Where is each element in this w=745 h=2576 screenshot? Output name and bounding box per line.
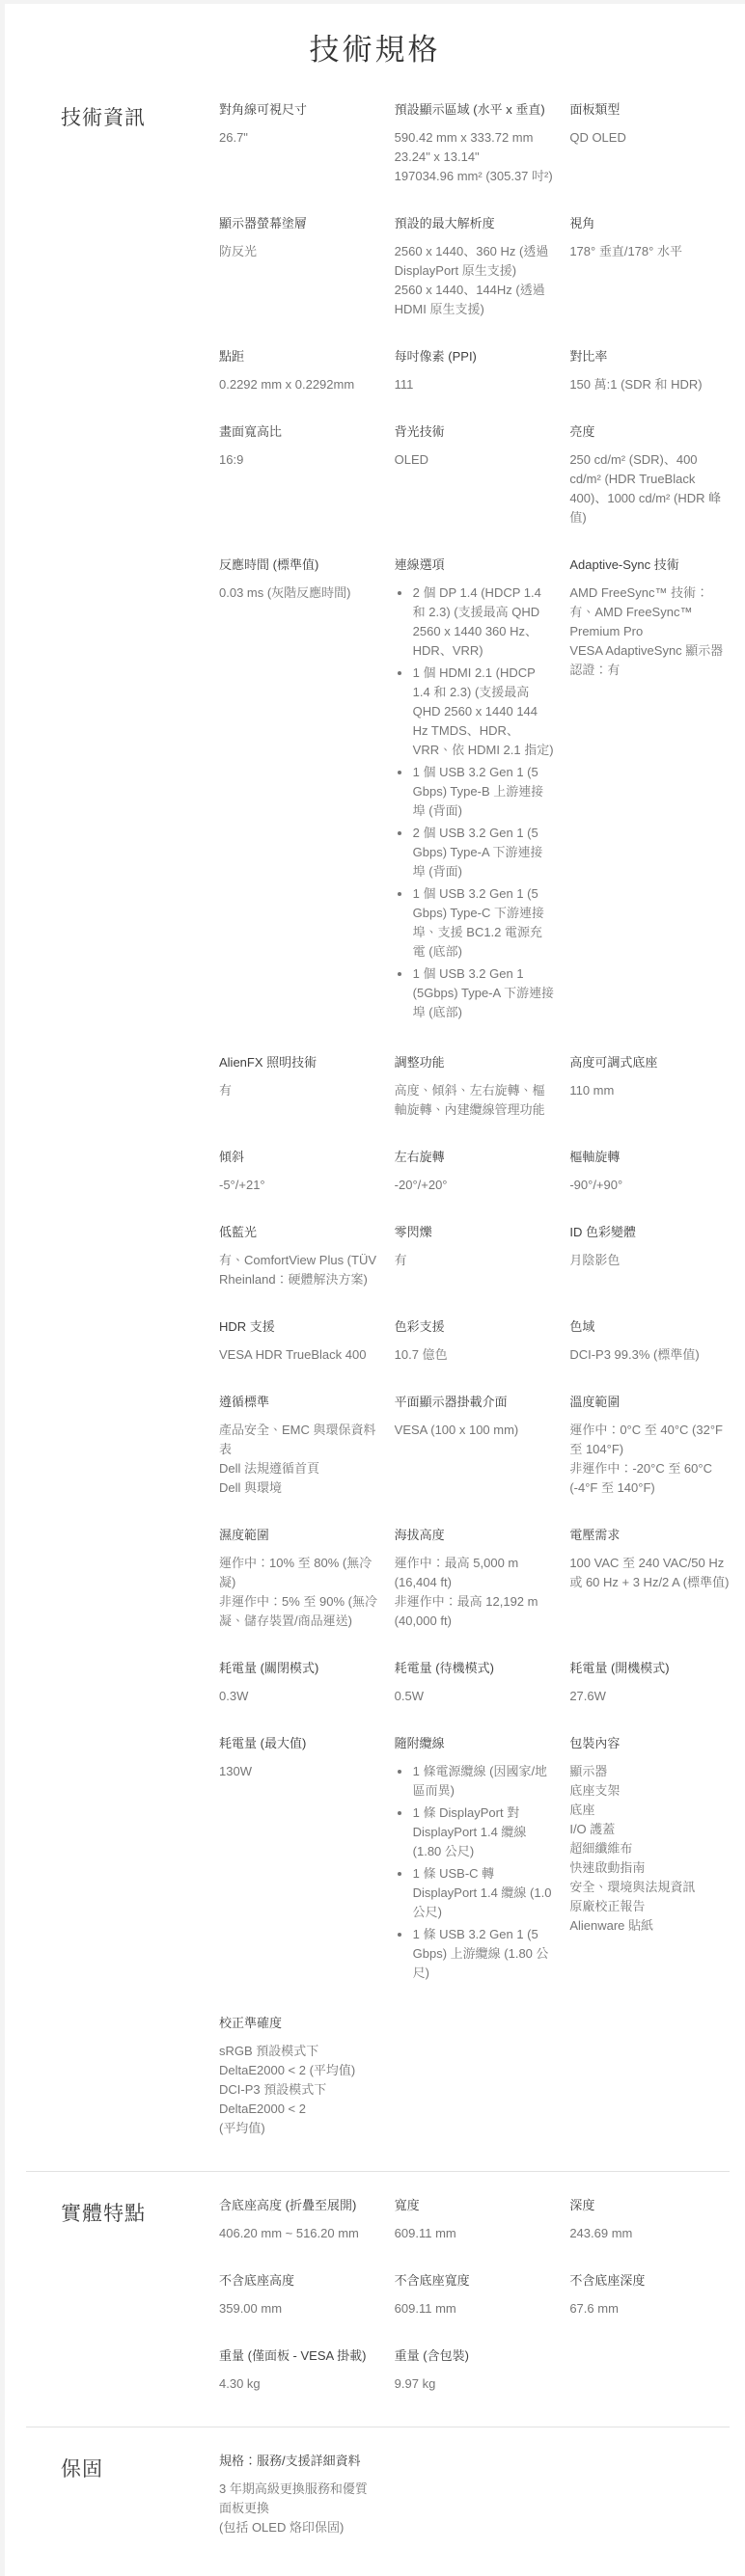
spec-cell: 色彩支援10.7 億色 [395, 1318, 555, 1365]
spec-label: 樞軸旋轉 [569, 1149, 730, 1166]
spec-label: 背光技術 [395, 423, 555, 441]
spec-cell: 背光技術OLED [395, 423, 555, 528]
spec-label: 畫面寬高比 [219, 423, 379, 441]
spec-label: 調整功能 [395, 1054, 555, 1071]
spec-value: 178° 垂直/178° 水平 [569, 242, 730, 261]
spec-value: VESA (100 x 100 mm) [395, 1421, 555, 1440]
spec-value: 250 cd/m² (SDR)、400 cd/m² (HDR TrueBlack… [569, 450, 730, 528]
spec-label: 包裝內容 [569, 1735, 730, 1752]
spec-cell: ID 色彩變體月陰影色 [569, 1224, 730, 1289]
spec-label: 不含底座高度 [219, 2272, 379, 2290]
spec-value: 10.7 億色 [395, 1345, 555, 1365]
spec-value: 609.11 mm [395, 2224, 555, 2243]
spec-value: 26.7" [219, 128, 379, 148]
spec-label: 隨附纜線 [395, 1735, 555, 1752]
spec-cell: AlienFX 照明技術有 [219, 1054, 379, 1120]
spec-value: -90°/+90° [569, 1176, 730, 1195]
spec-value: 609.11 mm [395, 2299, 555, 2318]
spec-value: 130W [219, 1762, 379, 1781]
spec-label: 每吋像素 (PPI) [395, 348, 555, 366]
spec-value: -20°/+20° [395, 1176, 555, 1195]
spec-value: 防反光 [219, 242, 379, 261]
spec-cell: 電壓需求100 VAC 至 240 VAC/50 Hz 或 60 Hz + 3 … [569, 1527, 730, 1631]
spec-cell: 點距0.2292 mm x 0.2292mm [219, 348, 379, 394]
section-divider [26, 2171, 730, 2172]
spec-value: DCI-P3 99.3% (標準值) [569, 1345, 730, 1365]
spec-label: 視角 [569, 215, 730, 232]
spec-cell: 重量 (僅面板 - VESA 掛載)4.30 kg [219, 2347, 379, 2394]
spec-value: 0.5W [395, 1687, 555, 1706]
spec-value: 0.03 ms (灰階反應時間) [219, 583, 379, 603]
spec-label: 預設的最大解析度 [395, 215, 555, 232]
page-title: 技術規格 [5, 25, 745, 68]
spec-label: 色域 [569, 1318, 730, 1336]
spec-label: 亮度 [569, 423, 730, 441]
spec-cell: 耗電量 (開機模式)27.6W [569, 1660, 730, 1706]
section-content-warranty: 規格：服務/支援詳細資料3 年期高級更換服務和優質面板更換 (包括 OLED 烙… [219, 2453, 730, 2537]
spec-label: 低藍光 [219, 1224, 379, 1241]
spec-cell: 耗電量 (待機模式)0.5W [395, 1660, 555, 1706]
spec-value: 16:9 [219, 450, 379, 470]
spec-value: 月陰影色 [569, 1251, 730, 1270]
spec-label: 高度可調式底座 [569, 1054, 730, 1071]
spec-value: VESA HDR TrueBlack 400 [219, 1345, 379, 1365]
spec-value: 0.3W [219, 1687, 379, 1706]
spec-cell: 預設顯示區域 (水平 x 垂直)590.42 mm x 333.72 mm 23… [395, 101, 555, 186]
spec-list-item: 1 個 HDMI 2.1 (HDCP 1.4 和 2.3) (支援最高 QHD … [412, 664, 555, 760]
spec-cell: 含底座高度 (折疊至展開)406.20 mm ~ 516.20 mm [219, 2197, 379, 2243]
spec-label: 耗電量 (關閉模式) [219, 1660, 379, 1677]
spec-value: 有、ComfortView Plus (TÜV Rheinland：硬體解決方案… [219, 1251, 379, 1289]
spec-value: 運作中：0°C 至 40°C (32°F 至 104°F) 非運作中：-20°C… [569, 1421, 730, 1498]
spec-cell: 平面顯示器掛載介面VESA (100 x 100 mm) [395, 1394, 555, 1498]
spec-cell: 面板類型QD OLED [569, 101, 730, 186]
spec-label: 含底座高度 (折疊至展開) [219, 2197, 379, 2214]
section-physical-features: 實體特點 含底座高度 (折疊至展開)406.20 mm ~ 516.20 mm寬… [5, 2197, 745, 2394]
spec-list-item: 1 個 USB 3.2 Gen 1 (5 Gbps) Type-C 下游連接埠、… [412, 884, 555, 962]
spec-value: 有 [395, 1251, 555, 1270]
spec-cell: HDR 支援VESA HDR TrueBlack 400 [219, 1318, 379, 1365]
spec-value: QD OLED [569, 128, 730, 148]
spec-value: AMD FreeSync™ 技術：有、AMD FreeSync™ Premium… [569, 583, 730, 680]
spec-list-item: 1 條 DisplayPort 對 DisplayPort 1.4 纜線 (1.… [412, 1803, 555, 1861]
spec-value: 2560 x 1440、360 Hz (透過 DisplayPort 原生支援)… [395, 242, 555, 319]
spec-label: 耗電量 (待機模式) [395, 1660, 555, 1677]
spec-label: 色彩支援 [395, 1318, 555, 1336]
spec-cell: 耗電量 (關閉模式)0.3W [219, 1660, 379, 1706]
spec-cell: 溫度範圍運作中：0°C 至 40°C (32°F 至 104°F) 非運作中：-… [569, 1394, 730, 1498]
spec-value: OLED [395, 450, 555, 470]
spec-value: 3 年期高級更換服務和優質面板更換 (包括 OLED 烙印保固) [219, 2480, 379, 2537]
spec-cell: 傾斜-5°/+21° [219, 1149, 379, 1195]
spec-value: 111 [395, 375, 555, 394]
section-content-tech-info: 對角線可視尺寸26.7"預設顯示區域 (水平 x 垂直)590.42 mm x … [219, 101, 730, 2138]
spec-cell: 校正準確度sRGB 預設模式下 DeltaE2000 < 2 (平均值) DCI… [219, 2015, 379, 2138]
spec-cell: 隨附纜線1 條電源纜線 (因國家/地區而異)1 條 DisplayPort 對 … [395, 1735, 555, 1986]
spec-value: 150 萬:1 (SDR 和 HDR) [569, 375, 730, 394]
spec-label: 面板類型 [569, 101, 730, 119]
spec-label: 不含底座寬度 [395, 2272, 555, 2290]
spec-cell: 亮度250 cd/m² (SDR)、400 cd/m² (HDR TrueBla… [569, 423, 730, 528]
spec-cell: 畫面寬高比16:9 [219, 423, 379, 528]
section-title-warranty: 保固 [61, 2453, 219, 2482]
spec-value: 9.97 kg [395, 2374, 555, 2394]
spec-value: 運作中：最高 5,000 m (16,404 ft) 非運作中：最高 12,19… [395, 1554, 555, 1631]
spec-label: 濕度範圍 [219, 1527, 379, 1544]
section-title-tech-info: 技術資訊 [61, 101, 219, 131]
spec-label: ID 色彩變體 [569, 1224, 730, 1241]
spec-cell: 對角線可視尺寸26.7" [219, 101, 379, 186]
spec-list: 2 個 DP 1.4 (HDCP 1.4 和 2.3) (支援最高 QHD 25… [395, 583, 555, 1022]
spec-cell: 遵循標準產品安全、EMC 與環保資料表 Dell 法規遵循首頁 Dell 與環境 [219, 1394, 379, 1498]
spec-cell: 反應時間 (標準值)0.03 ms (灰階反應時間) [219, 556, 379, 1025]
spec-list-item: 1 條 USB-C 轉 DisplayPort 1.4 纜線 (1.0 公尺) [412, 1864, 555, 1922]
spec-value: 243.69 mm [569, 2224, 730, 2243]
spec-cell: 左右旋轉-20°/+20° [395, 1149, 555, 1195]
spec-cell: 預設的最大解析度2560 x 1440、360 Hz (透過 DisplayPo… [395, 215, 555, 319]
spec-label: 顯示器螢幕塗層 [219, 215, 379, 232]
spec-value: 100 VAC 至 240 VAC/50 Hz 或 60 Hz + 3 Hz/2… [569, 1554, 730, 1592]
spec-value: 產品安全、EMC 與環保資料表 Dell 法規遵循首頁 Dell 與環境 [219, 1421, 379, 1498]
spec-cell: 規格：服務/支援詳細資料3 年期高級更換服務和優質面板更換 (包括 OLED 烙… [219, 2453, 379, 2537]
spec-cell: 不含底座深度67.6 mm [569, 2272, 730, 2318]
spec-cell: 調整功能高度、傾斜、左右旋轉、樞軸旋轉、內建纜線管理功能 [395, 1054, 555, 1120]
spec-label: 零閃爍 [395, 1224, 555, 1241]
spec-value: 406.20 mm ~ 516.20 mm [219, 2224, 379, 2243]
spec-page: 技術規格 技術資訊 對角線可視尺寸26.7"預設顯示區域 (水平 x 垂直)59… [5, 4, 745, 2576]
spec-cell: 每吋像素 (PPI)111 [395, 348, 555, 394]
spec-cell: 色域DCI-P3 99.3% (標準值) [569, 1318, 730, 1365]
spec-label: 耗電量 (開機模式) [569, 1660, 730, 1677]
section-title-physical-features: 實體特點 [61, 2197, 219, 2227]
spec-cell: 零閃爍有 [395, 1224, 555, 1289]
spec-value: -5°/+21° [219, 1176, 379, 1195]
spec-label: 深度 [569, 2197, 730, 2214]
spec-value: sRGB 預設模式下 DeltaE2000 < 2 (平均值) DCI-P3 預… [219, 2042, 379, 2138]
spec-cell: 深度243.69 mm [569, 2197, 730, 2243]
spec-label: 連線選項 [395, 556, 555, 574]
spec-label: 平面顯示器掛載介面 [395, 1394, 555, 1411]
section-warranty: 保固 規格：服務/支援詳細資料3 年期高級更換服務和優質面板更換 (包括 OLE… [5, 2453, 745, 2537]
spec-list-item: 1 條電源纜線 (因國家/地區而異) [412, 1762, 555, 1801]
spec-label: 規格：服務/支援詳細資料 [219, 2453, 379, 2470]
spec-cell: 海拔高度運作中：最高 5,000 m (16,404 ft) 非運作中：最高 1… [395, 1527, 555, 1631]
spec-label: AlienFX 照明技術 [219, 1054, 379, 1071]
spec-label: 校正準確度 [219, 2015, 379, 2032]
spec-cell: 不含底座寬度609.11 mm [395, 2272, 555, 2318]
spec-value: 0.2292 mm x 0.2292mm [219, 375, 379, 394]
spec-list-item: 1 條 USB 3.2 Gen 1 (5 Gbps) 上游纜線 (1.80 公尺… [412, 1925, 555, 1983]
spec-label: 溫度範圍 [569, 1394, 730, 1411]
spec-cell: 寬度609.11 mm [395, 2197, 555, 2243]
spec-label: 電壓需求 [569, 1527, 730, 1544]
spec-label: 對比率 [569, 348, 730, 366]
spec-list-item: 1 個 USB 3.2 Gen 1 (5 Gbps) Type-B 上游連接埠 … [412, 763, 555, 821]
section-divider [26, 2427, 730, 2427]
spec-cell: 視角178° 垂直/178° 水平 [569, 215, 730, 319]
spec-value: 顯示器 底座支架 底座 I/O 護蓋 超細纖維布 快速啟動指南 安全、環境與法規… [569, 1762, 730, 1936]
spec-value: 110 mm [569, 1081, 730, 1100]
spec-cell: 顯示器螢幕塗層防反光 [219, 215, 379, 319]
spec-cell: 耗電量 (最大值)130W [219, 1735, 379, 1986]
spec-cell: 重量 (含包裝)9.97 kg [395, 2347, 555, 2394]
spec-label: 不含底座深度 [569, 2272, 730, 2290]
spec-value: 67.6 mm [569, 2299, 730, 2318]
spec-cell: 高度可調式底座110 mm [569, 1054, 730, 1120]
spec-label: 預設顯示區域 (水平 x 垂直) [395, 101, 555, 119]
section-content-physical-features: 含底座高度 (折疊至展開)406.20 mm ~ 516.20 mm寬度609.… [219, 2197, 730, 2394]
spec-list-item: 2 個 USB 3.2 Gen 1 (5 Gbps) Type-A 下游連接埠 … [412, 824, 555, 881]
spec-value: 運作中：10% 至 80% (無冷凝) 非運作中：5% 至 90% (無冷凝、儲… [219, 1554, 379, 1631]
spec-label: 點距 [219, 348, 379, 366]
spec-value: 有 [219, 1081, 379, 1100]
spec-cell: 包裝內容顯示器 底座支架 底座 I/O 護蓋 超細纖維布 快速啟動指南 安全、環… [569, 1735, 730, 1986]
spec-label: 遵循標準 [219, 1394, 379, 1411]
spec-label: 重量 (僅面板 - VESA 掛載) [219, 2347, 379, 2365]
spec-list-item: 1 個 USB 3.2 Gen 1 (5Gbps) Type-A 下游連接埠 (… [412, 964, 555, 1022]
spec-label: 反應時間 (標準值) [219, 556, 379, 574]
spec-value: 27.6W [569, 1687, 730, 1706]
spec-label: 傾斜 [219, 1149, 379, 1166]
spec-list-item: 2 個 DP 1.4 (HDCP 1.4 和 2.3) (支援最高 QHD 25… [412, 583, 555, 661]
spec-label: 寬度 [395, 2197, 555, 2214]
spec-value: 4.30 kg [219, 2374, 379, 2394]
spec-cell: Adaptive-Sync 技術AMD FreeSync™ 技術：有、AMD F… [569, 556, 730, 1025]
spec-cell: 對比率150 萬:1 (SDR 和 HDR) [569, 348, 730, 394]
spec-label: 耗電量 (最大值) [219, 1735, 379, 1752]
spec-cell: 不含底座高度359.00 mm [219, 2272, 379, 2318]
spec-cell: 連線選項2 個 DP 1.4 (HDCP 1.4 和 2.3) (支援最高 QH… [395, 556, 555, 1025]
spec-cell: 濕度範圍運作中：10% 至 80% (無冷凝) 非運作中：5% 至 90% (無… [219, 1527, 379, 1631]
section-tech-info: 技術資訊 對角線可視尺寸26.7"預設顯示區域 (水平 x 垂直)590.42 … [5, 101, 745, 2138]
spec-value: 高度、傾斜、左右旋轉、樞軸旋轉、內建纜線管理功能 [395, 1081, 555, 1120]
spec-value: 590.42 mm x 333.72 mm 23.24" x 13.14" 19… [395, 128, 555, 186]
spec-label: Adaptive-Sync 技術 [569, 556, 730, 574]
spec-label: 海拔高度 [395, 1527, 555, 1544]
spec-label: 左右旋轉 [395, 1149, 555, 1166]
spec-list: 1 條電源纜線 (因國家/地區而異)1 條 DisplayPort 對 Disp… [395, 1762, 555, 1983]
spec-label: 對角線可視尺寸 [219, 101, 379, 119]
spec-value: 359.00 mm [219, 2299, 379, 2318]
spec-cell: 低藍光有、ComfortView Plus (TÜV Rheinland：硬體解… [219, 1224, 379, 1289]
spec-cell: 樞軸旋轉-90°/+90° [569, 1149, 730, 1195]
spec-label: 重量 (含包裝) [395, 2347, 555, 2365]
spec-label: HDR 支援 [219, 1318, 379, 1336]
